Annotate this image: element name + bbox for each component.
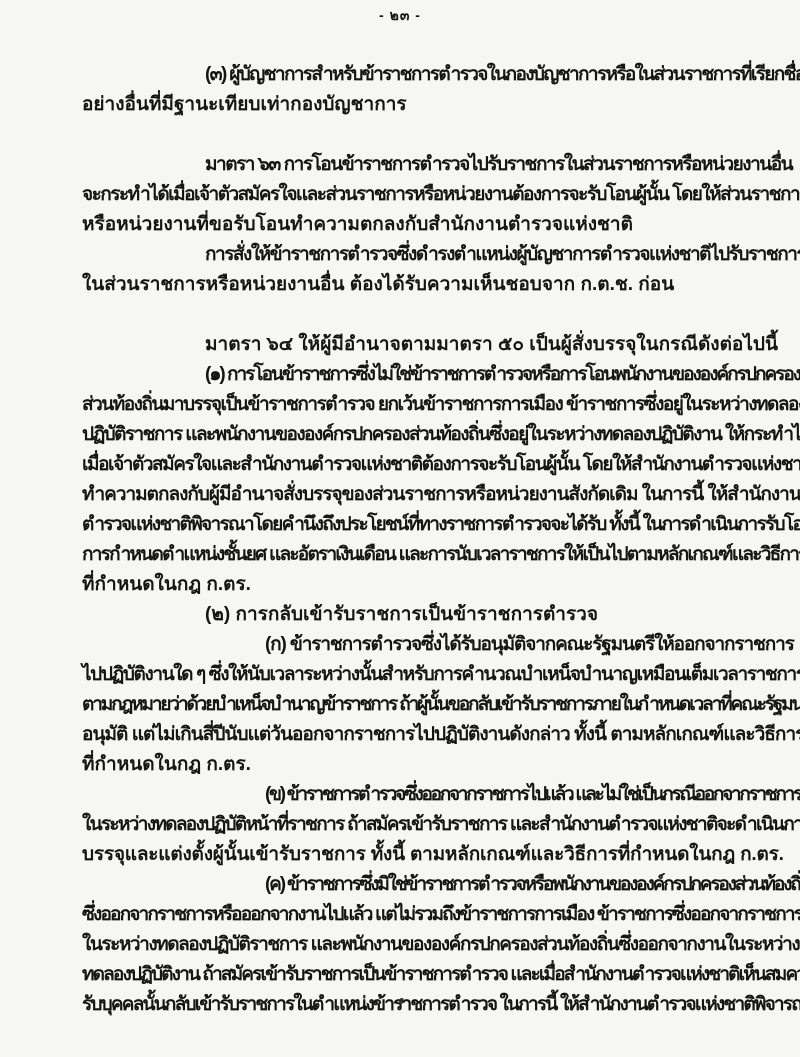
- text-line: (๓) ผู้บัญชาการสำหรับข้าราชการตำรวจในกอง…: [82, 60, 780, 90]
- text-line: (ข) ข้าราชการตำรวจซึ่งออกจากราชการไปแล้ว…: [82, 780, 780, 810]
- text-line: ที่กำหนดในกฎ ก.ตร.: [82, 750, 780, 780]
- text-line: ตามกฎหมายว่าด้วยบำเหน็จบำนาญข้าราชการ ถ้…: [82, 690, 780, 720]
- text-line: (ค) ข้าราชการซึ่งมิใช่ข้าราชการตำรวจหรือ…: [82, 870, 780, 900]
- text-line: อนุมัติ แต่ไม่เกินสี่ปีนับแต่วันออกจากรา…: [82, 720, 780, 750]
- text-line: มาตรา ๖๓ การโอนข้าราชการตำรวจไปรับราชการ…: [82, 150, 780, 180]
- text-line: ในส่วนราชการหรือหน่วยงานอื่น ต้องได้รับค…: [82, 270, 780, 300]
- text-line: (๒) การกลับเข้ารับราชการเป็นข้าราชการตำร…: [82, 600, 780, 630]
- text-column: (๓) ผู้บัญชาการสำหรับข้าราชการตำรวจในกอง…: [82, 60, 780, 1020]
- text-line: ส่วนท้องถิ่นมาบรรจุเป็นข้าราชการตำรวจ ยก…: [82, 390, 780, 420]
- text-line: ทดลองปฏิบัติงาน ถ้าสมัครเข้ารับราชการเป็…: [82, 960, 780, 990]
- text-line: การสั่งให้ข้าราชการตำรวจซึ่งดำรงตำแหน่งผ…: [82, 240, 780, 270]
- text-line: ที่กำหนดในกฎ ก.ตร.: [82, 570, 780, 600]
- text-line: ไปปฏิบัติงานใด ๆ ซึ่งให้นับเวลาระหว่างนั…: [82, 660, 780, 690]
- text-line: หรือหน่วยงานที่ขอรับโอนทำความตกลงกับสำนั…: [82, 210, 780, 240]
- text-line: (๑) การโอนข้าราชการซึ่งไม่ใช่ข้าราชการตำ…: [82, 360, 780, 390]
- text-line: บรรจุและแต่งตั้งผู้นั้นเข้ารับราชการ ทั้…: [82, 840, 780, 870]
- text-line: อย่างอื่นที่มีฐานะเทียบเท่ากองบัญชาการ: [82, 90, 780, 120]
- text-line: ปฏิบัติราชการ และพนักงานขององค์กรปกครองส…: [82, 420, 780, 450]
- text-line: จะกระทำได้เมื่อเจ้าตัวสมัครใจและส่วนราชก…: [82, 180, 780, 210]
- text-line: (ก) ข้าราชการตำรวจซึ่งได้รับอนุมัติจากคณ…: [82, 630, 780, 660]
- text-line: ตำรวจแห่งชาติพิจารณาโดยคำนึงถึงประโยชน์ท…: [82, 510, 780, 540]
- text-line: การกำหนดตำแหน่งชั้นยศ และอัตราเงินเดือน …: [82, 540, 780, 570]
- text-line: มาตรา ๖๔ ให้ผู้มีอำนาจตามมาตรา ๕๐ เป็นผู…: [82, 330, 780, 360]
- page-number: - ๒๓ -: [0, 5, 800, 27]
- text-line: รับบุคคลนั้นกลับเข้ารับราชการในตำแหน่งข้…: [82, 990, 780, 1020]
- text-line: ทำความตกลงกับผู้มีอำนาจสั่งบรรจุของส่วนร…: [82, 480, 780, 510]
- text-line: ในระหว่างทดลองปฏิบัติราชการ และพนักงานขอ…: [82, 930, 780, 960]
- page-root: - ๒๓ - (๓) ผู้บัญชาการสำหรับข้าราชการตำร…: [0, 0, 800, 1057]
- text-line: ในระหว่างทดลองปฏิบัติหน้าที่ราชการ ถ้าสม…: [82, 810, 780, 840]
- text-line: เมื่อเจ้าตัวสมัครใจและสำนักงานตำรวจแห่งช…: [82, 450, 780, 480]
- text-line: ซึ่งออกจากราชการหรือออกจากงานไปแล้ว แต่ไ…: [82, 900, 780, 930]
